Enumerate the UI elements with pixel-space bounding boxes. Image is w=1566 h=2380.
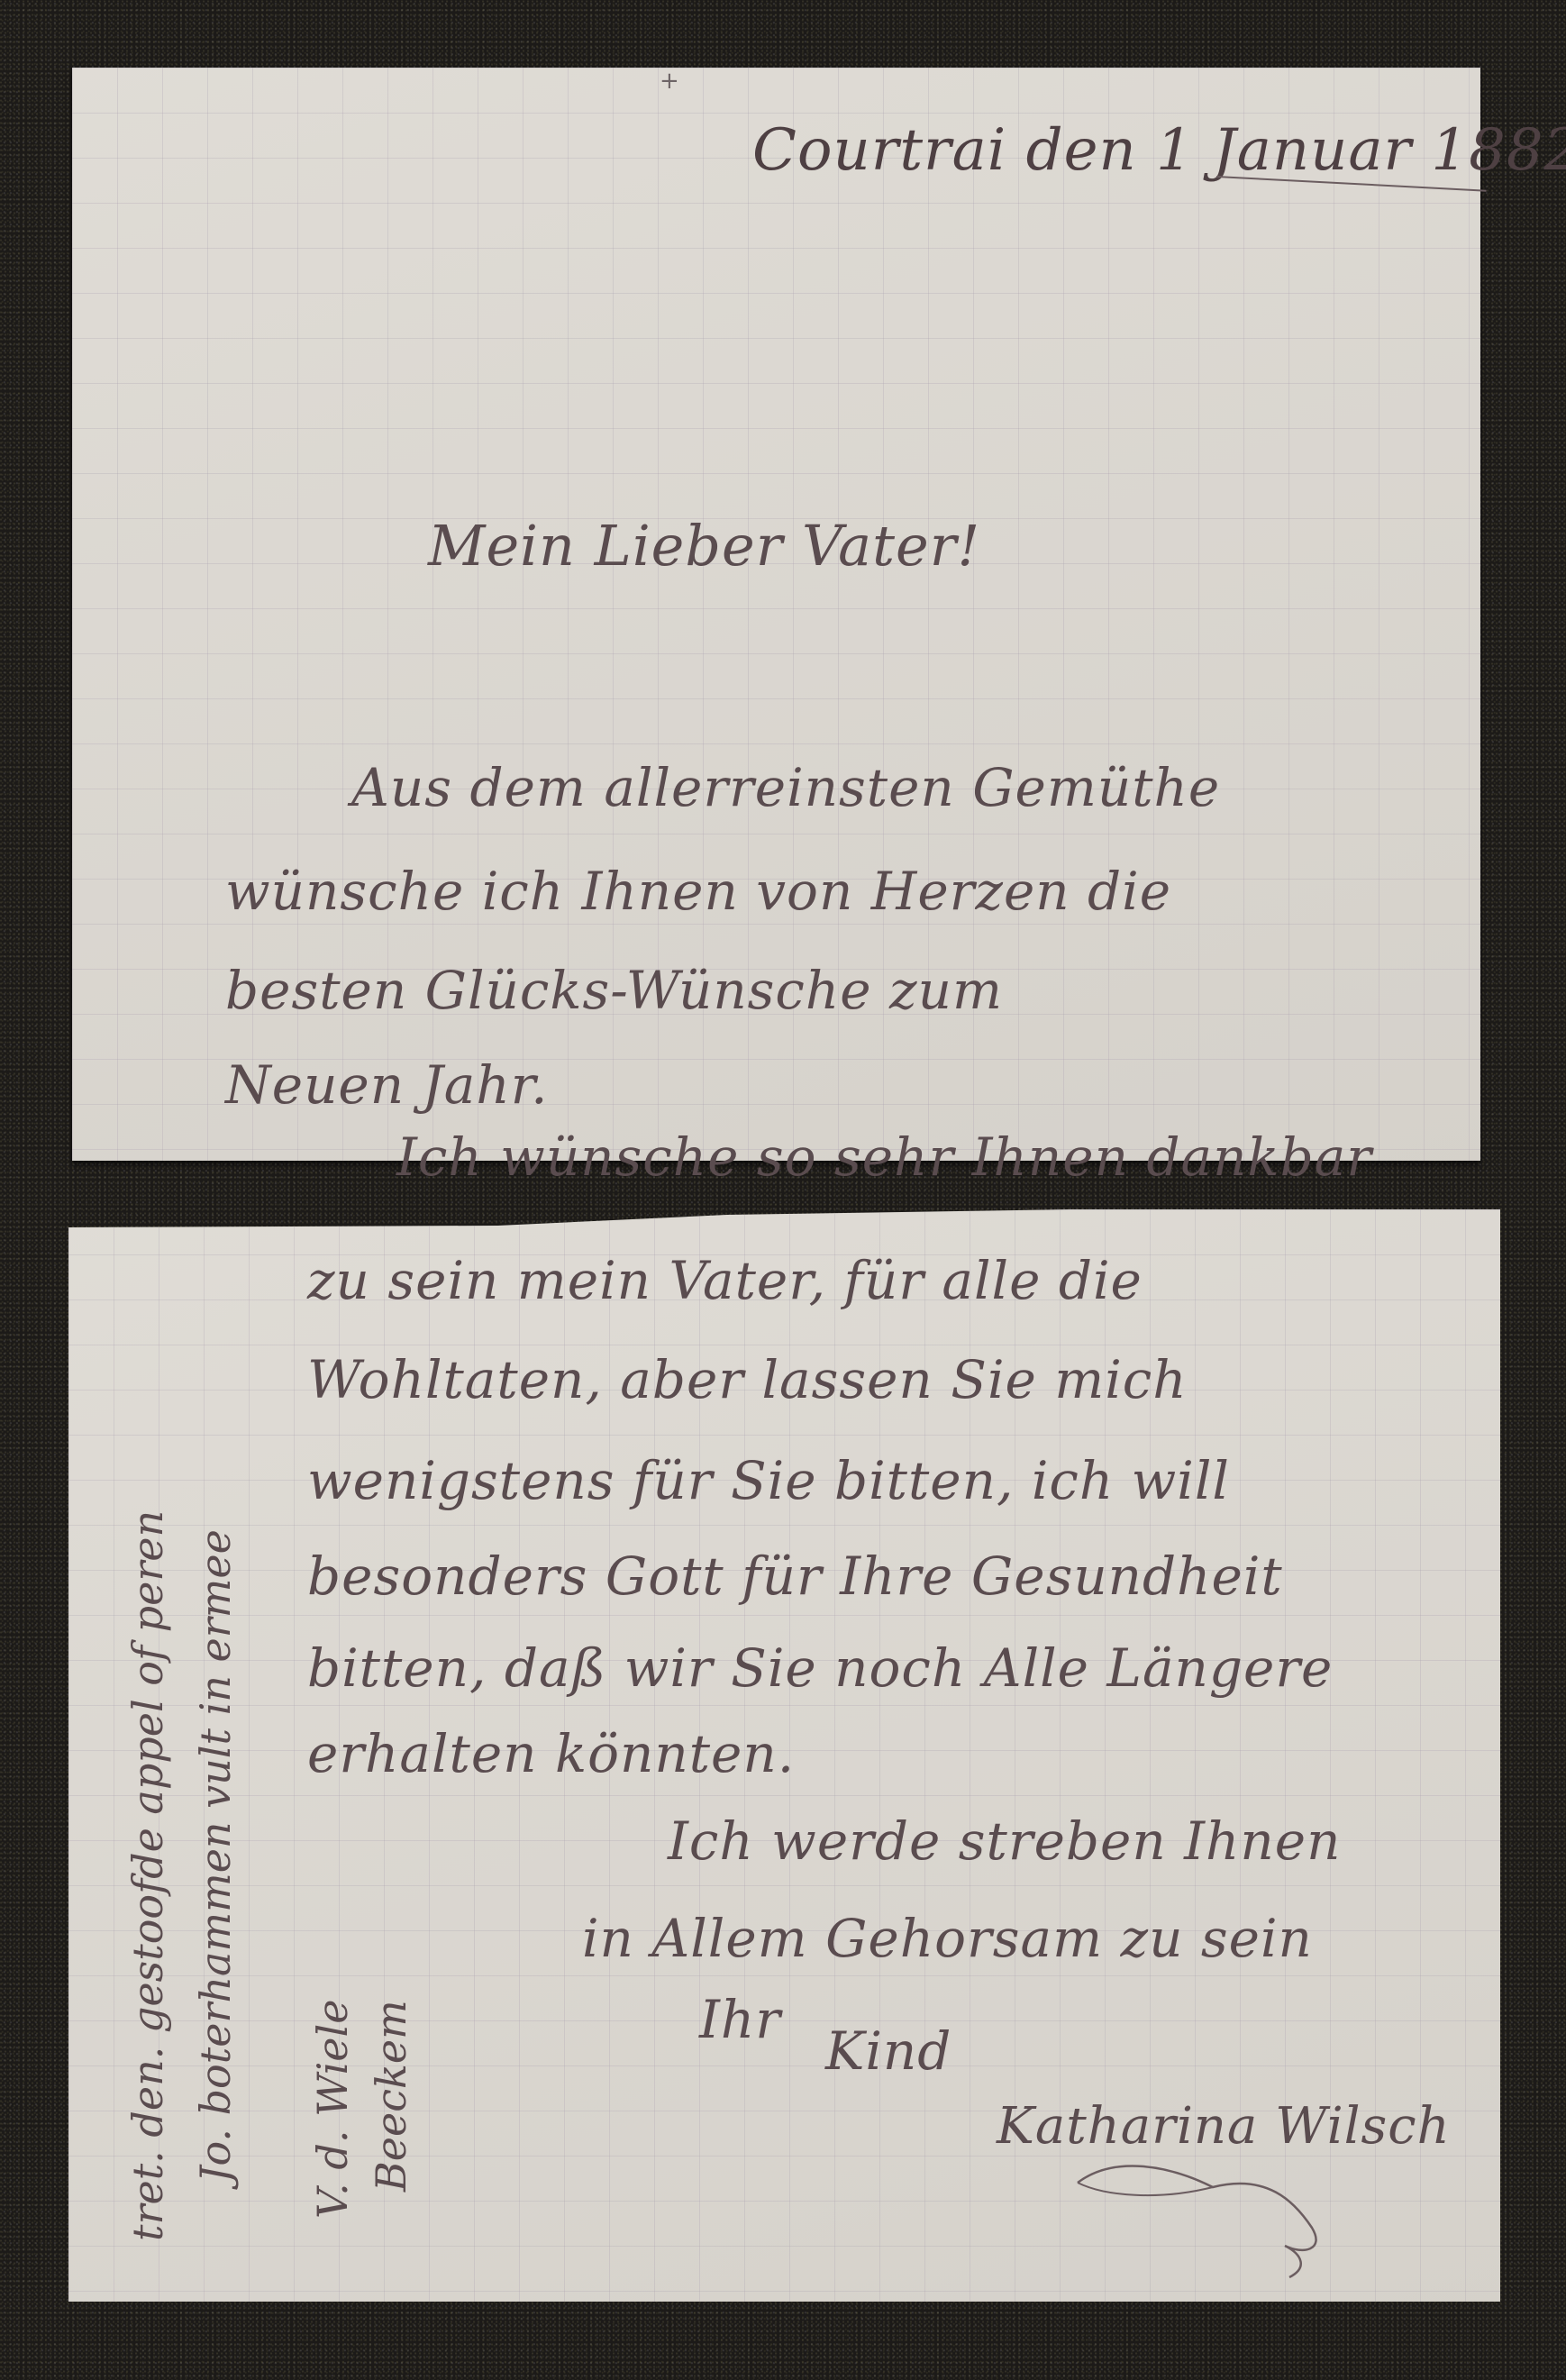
body-line-3: besten Glücks-Wünsche zum [225,964,1003,1017]
letter-sheet-bottom: zu sein mein Vater, für alle die Wohltat… [68,1209,1500,2302]
pencil-cross-mark: + [660,69,679,93]
body-line-1: Aus dem allerreinsten Gemüthe [351,761,1220,814]
body-line-5: Ich wünsche so sehr Ihnen dankbar [396,1131,1372,1183]
body-line-8: wenigstens für Sie bitten, ich will [307,1454,1230,1507]
body-line-12: Ich werde streben Ihnen [668,1815,1341,1867]
body-line-9: besonders Gott für Ihre Gesundheit [307,1550,1283,1602]
signature-flourish [1060,2147,1348,2282]
place-date-heading: Courtrai den 1 Januar 1882 [752,117,1566,184]
body-line-4: Neuen Jahr. [225,1059,549,1111]
side-note-line-2: Jo. boterhammen vult in ermee [195,1529,236,2183]
body-line-10: bitten, daß wir Sie noch Alle Längere [307,1642,1333,1694]
closing-child: Kind [825,2025,951,2077]
body-line-6: zu sein mein Vater, für alle die [307,1254,1143,1307]
closing-your: Ihr [699,1993,781,2046]
letter-sheet-top: + Courtrai den 1 Januar 1882 Mein Lieber… [72,68,1480,1161]
side-note-line-1: tret. den. gestoofde appel of peren [127,1510,168,2241]
body-line-11: erhalten könnten. [307,1728,795,1780]
side-note-name: V. d. Wiele [312,2000,353,2219]
greeting: Mein Lieber Vater! [428,518,980,574]
body-line-13: in Allem Gehorsam zu sein [582,1912,1313,1965]
side-note-place: Beeckem [370,2000,412,2192]
body-line-7: Wohltaten, aber lassen Sie mich [307,1354,1188,1406]
body-line-2: wünsche ich Ihnen von Herzen die [225,865,1171,917]
